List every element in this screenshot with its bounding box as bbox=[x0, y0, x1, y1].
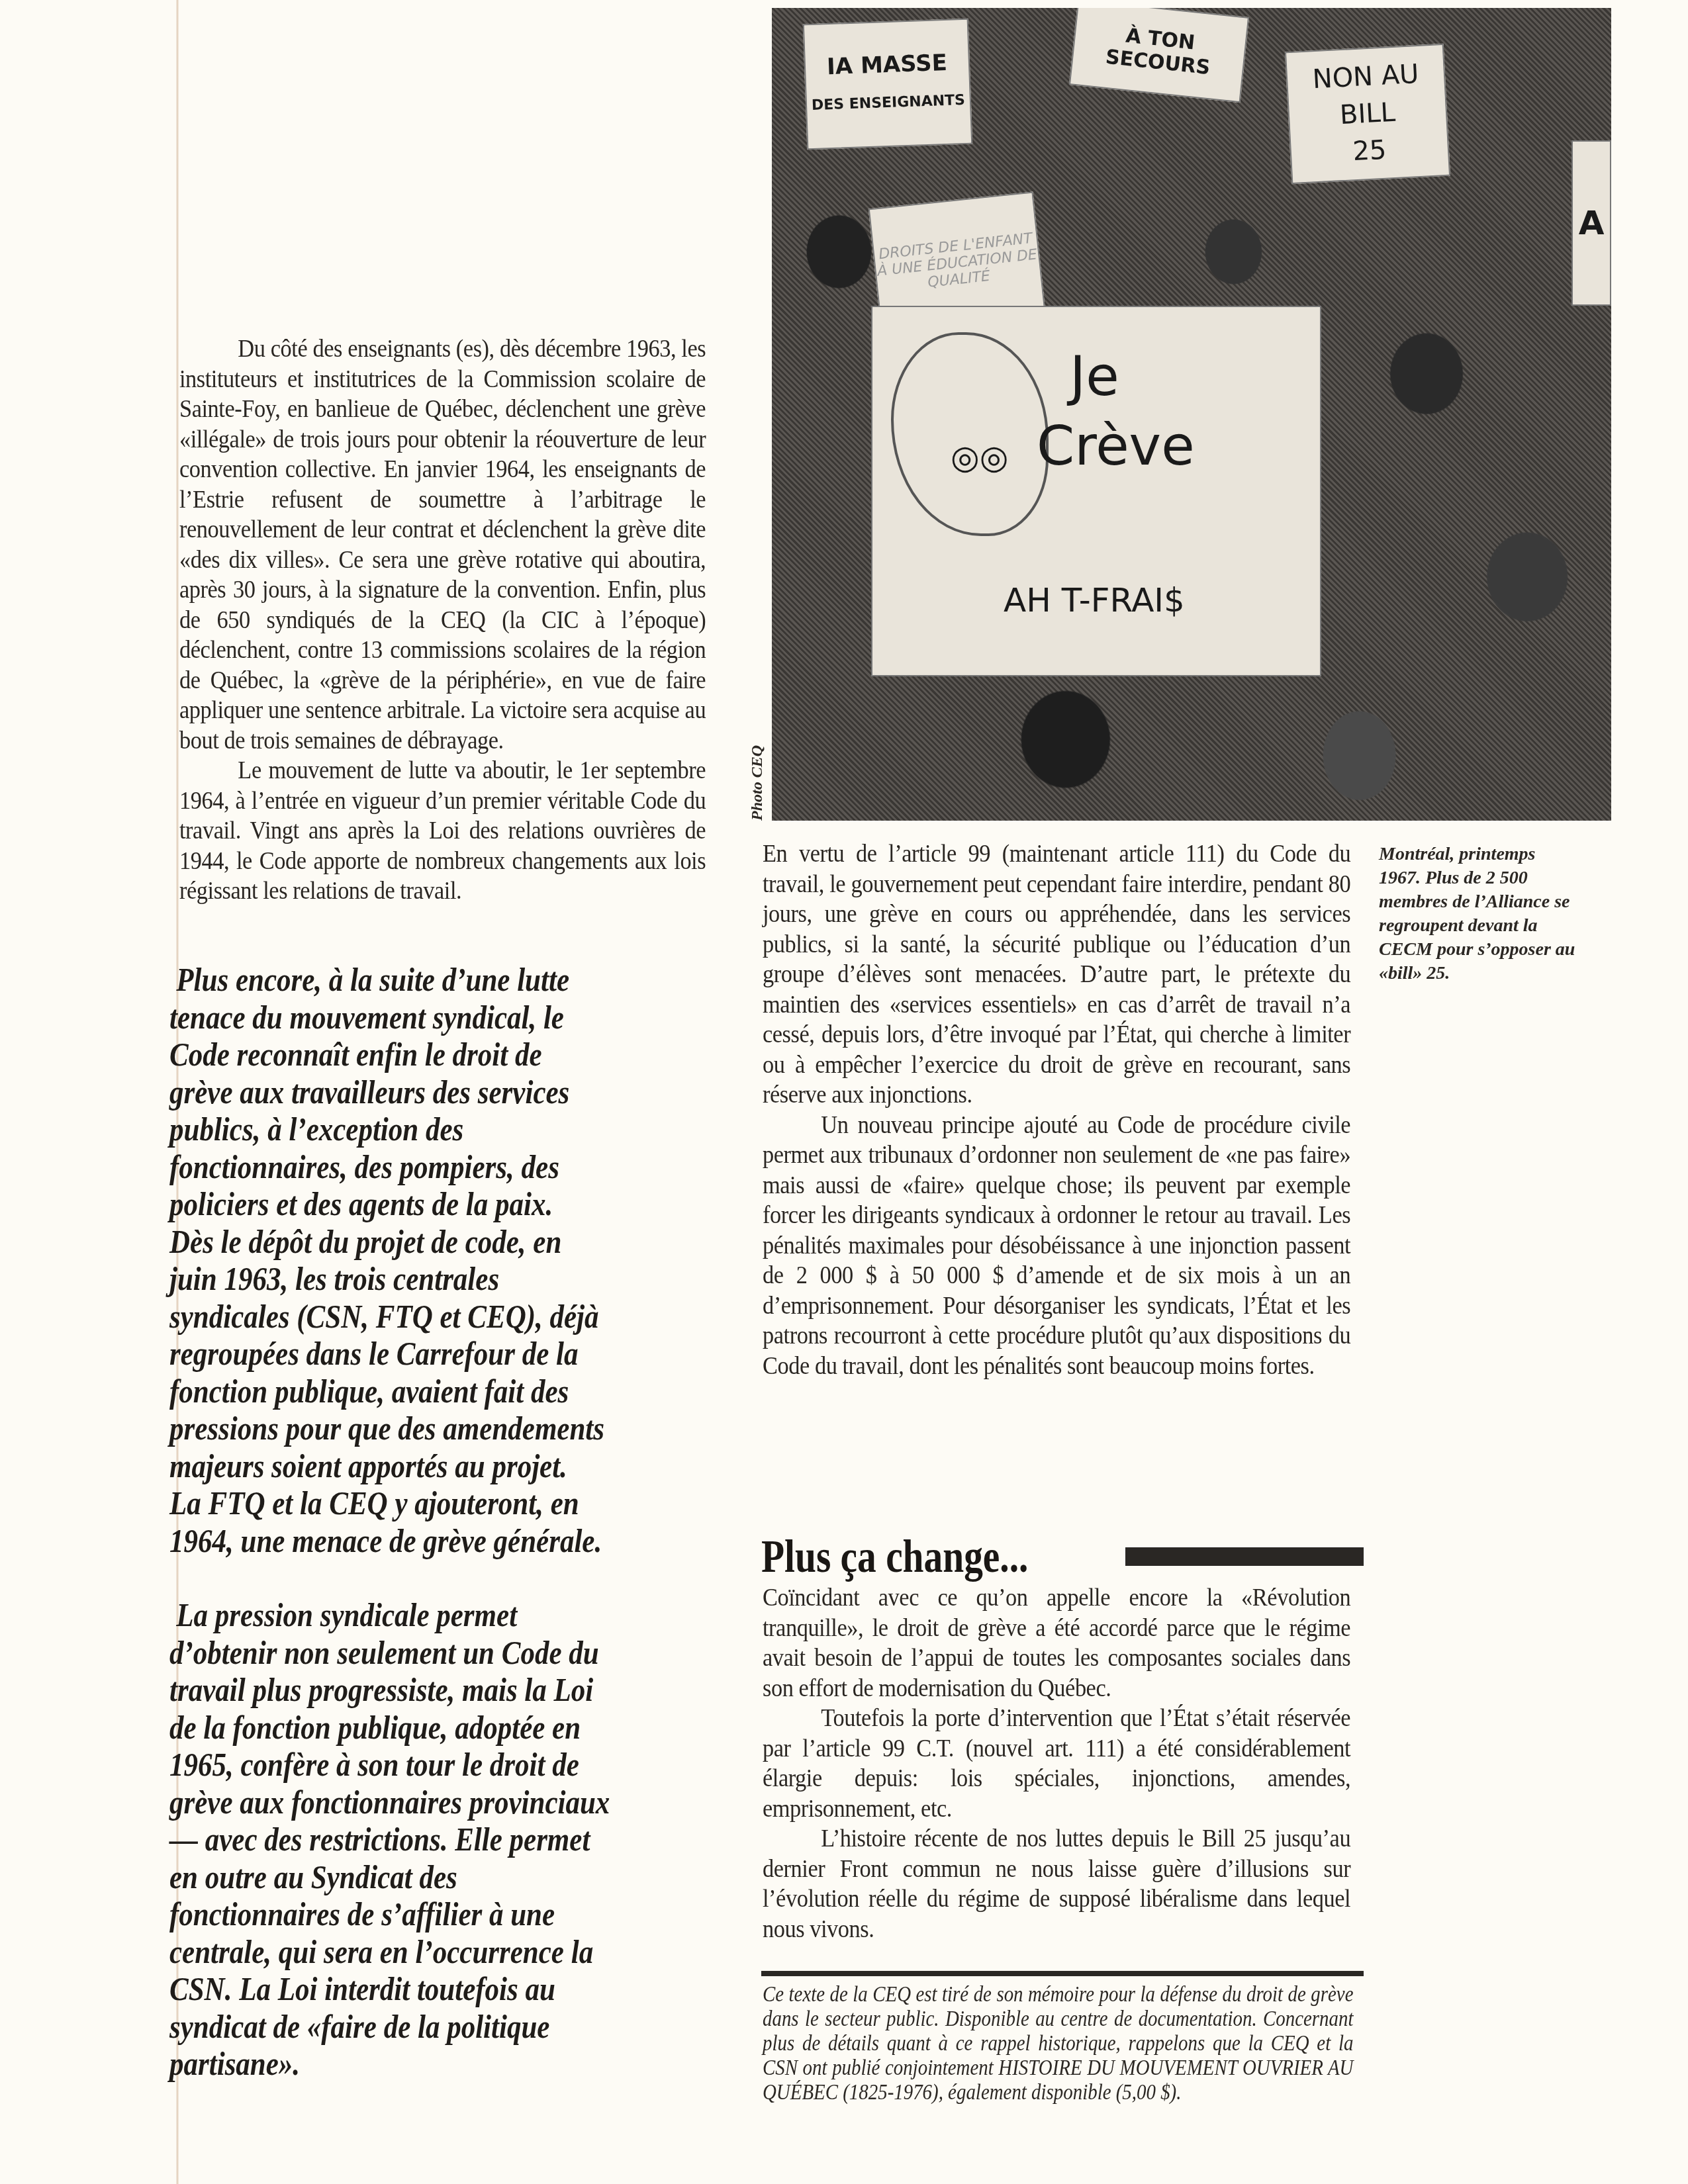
heading-bar bbox=[1125, 1547, 1364, 1566]
right-body-text: En vertu de l’article 99 (maintenant art… bbox=[763, 839, 1350, 1381]
left-paragraph-1: Du côté des enseignants (es), dès décemb… bbox=[179, 334, 706, 756]
pq-line: publics, à l’exception des bbox=[169, 1111, 682, 1148]
footnote-divider bbox=[761, 1971, 1364, 1976]
pq-line: 1965, confère à son tour le droit de bbox=[169, 1746, 682, 1784]
pull-quote-paragraph-1: Plus encore, à la suite d’une lutte tena… bbox=[169, 961, 682, 1559]
pq-line: policiers et des agents de la paix. bbox=[169, 1185, 682, 1223]
footnote: Ce texte de la CEQ est tiré de son mémoi… bbox=[763, 1982, 1354, 2105]
section-paragraph-3: L’histoire récente de nos luttes depuis … bbox=[763, 1824, 1350, 1944]
pull-quote-paragraph-2: La pression syndicale permet d’obtenir n… bbox=[169, 1596, 682, 2083]
caricature-drawing bbox=[891, 332, 1049, 536]
pq-line: majeurs soient apportés au projet. bbox=[169, 1447, 682, 1485]
right-paragraph-1: En vertu de l’article 99 (maintenant art… bbox=[763, 839, 1350, 1111]
sign-text: Crève bbox=[1037, 415, 1195, 478]
section-paragraph-1: Coïncidant avec ce qu’on appelle encore … bbox=[763, 1583, 1350, 1704]
pq-line: Plus encore, à la suite d’une lutte bbox=[169, 961, 682, 999]
sign-la-masse: IA MASSE DES ENSEIGNANTS bbox=[803, 19, 972, 150]
section-title: Plus ça change... bbox=[761, 1534, 1065, 1580]
pq-line: de la fonction publique, adoptée en bbox=[169, 1709, 682, 1747]
pq-line: en outre au Syndicat des bbox=[169, 1858, 682, 1896]
pq-line: Code reconnaît enfin le droit de bbox=[169, 1036, 682, 1073]
pq-line: regroupées dans le Carrefour de la bbox=[169, 1335, 682, 1373]
pq-line: travail plus progressiste, mais la Loi bbox=[169, 1671, 682, 1709]
pq-line: — avec des restrictions. Elle permet bbox=[169, 1821, 682, 1858]
caricature-glasses-icon: ◎◎ bbox=[951, 438, 1008, 477]
pq-line: syndicat de «faire de la politique bbox=[169, 2008, 682, 2046]
sign-je-creve: ◎◎ Je Crève AH T-FRAI$ bbox=[871, 306, 1321, 676]
pq-line: d’obtenir non seulement un Code du bbox=[169, 1634, 682, 1672]
pq-line: grève aux travailleurs des services bbox=[169, 1073, 682, 1111]
section-paragraph-2: Toutefois la porte d’intervention que l’… bbox=[763, 1704, 1350, 1824]
pq-line: pressions pour que des amendements bbox=[169, 1410, 682, 1447]
sign-text: AH T-FRAI$ bbox=[1004, 584, 1185, 617]
pq-line: partisane». bbox=[169, 2045, 682, 2083]
pull-quote: Plus encore, à la suite d’une lutte tena… bbox=[169, 961, 682, 2083]
pq-line: centrale, qui sera en l’occurrence la bbox=[169, 1933, 682, 1971]
right-column: En vertu de l’article 99 (maintenant art… bbox=[763, 839, 1352, 1381]
sign-text: Je bbox=[1070, 345, 1119, 408]
section-body: Coïncidant avec ce qu’on appelle encore … bbox=[763, 1583, 1352, 1944]
sign-non-au-bill-25: NON AU BILL 25 bbox=[1285, 44, 1450, 184]
section-body-text: Coïncidant avec ce qu’on appelle encore … bbox=[763, 1583, 1350, 1944]
right-paragraph-2: Un nouveau principe ajouté au Code de pr… bbox=[763, 1111, 1350, 1382]
sign-text: IA MASSE bbox=[810, 43, 964, 87]
pq-line: 1964, une menace de grève générale. bbox=[169, 1522, 682, 1560]
sign-text: BILL bbox=[1313, 93, 1421, 135]
photo-credit: Photo CEQ bbox=[749, 745, 767, 821]
left-body-text: Du côté des enseignants (es), dès décemb… bbox=[179, 334, 706, 907]
sign-a-ton-secours: À TON SECOURS bbox=[1069, 8, 1249, 103]
pq-line: La pression syndicale permet bbox=[169, 1596, 682, 1634]
pq-line: fonctionnaires de s’affilier à une bbox=[169, 1895, 682, 1933]
pq-line: syndicales (CSN, FTQ et CEQ), déjà bbox=[169, 1298, 682, 1336]
pq-line: CSN. La Loi interdit toutefois au bbox=[169, 1970, 682, 2008]
sign-text: 25 bbox=[1315, 130, 1423, 172]
sign-text: DES ENSEIGNANTS bbox=[811, 81, 966, 125]
sign-right-fragment: A bbox=[1571, 140, 1611, 306]
pq-line: fonction publique, avaient fait des bbox=[169, 1373, 682, 1410]
photo-caption: Montréal, printemps 1967. Plus de 2 500 … bbox=[1379, 842, 1577, 985]
section-heading: Plus ça change... bbox=[761, 1534, 1364, 1580]
left-column: Du côté des enseignants (es), dès décemb… bbox=[179, 334, 706, 907]
protest-photo: IA MASSE DES ENSEIGNANTS À TON SECOURS N… bbox=[772, 8, 1611, 821]
pq-line: Dès le dépôt du projet de code, en bbox=[169, 1223, 682, 1261]
pq-line: tenace du mouvement syndical, le bbox=[169, 999, 682, 1036]
pq-line: fonctionnaires, des pompiers, des bbox=[169, 1148, 682, 1186]
left-paragraph-2: Le mouvement de lutte va aboutir, le 1er… bbox=[179, 756, 706, 907]
footnote-text: Ce texte de la CEQ est tiré de son mémoi… bbox=[763, 1982, 1354, 2105]
pq-line: grève aux fonctionnaires provinciaux bbox=[169, 1784, 682, 1821]
pq-line: La FTQ et la CEQ y ajouteront, en bbox=[169, 1484, 682, 1522]
pq-line: juin 1963, les trois centrales bbox=[169, 1260, 682, 1298]
sign-text: NON AU bbox=[1311, 56, 1419, 98]
